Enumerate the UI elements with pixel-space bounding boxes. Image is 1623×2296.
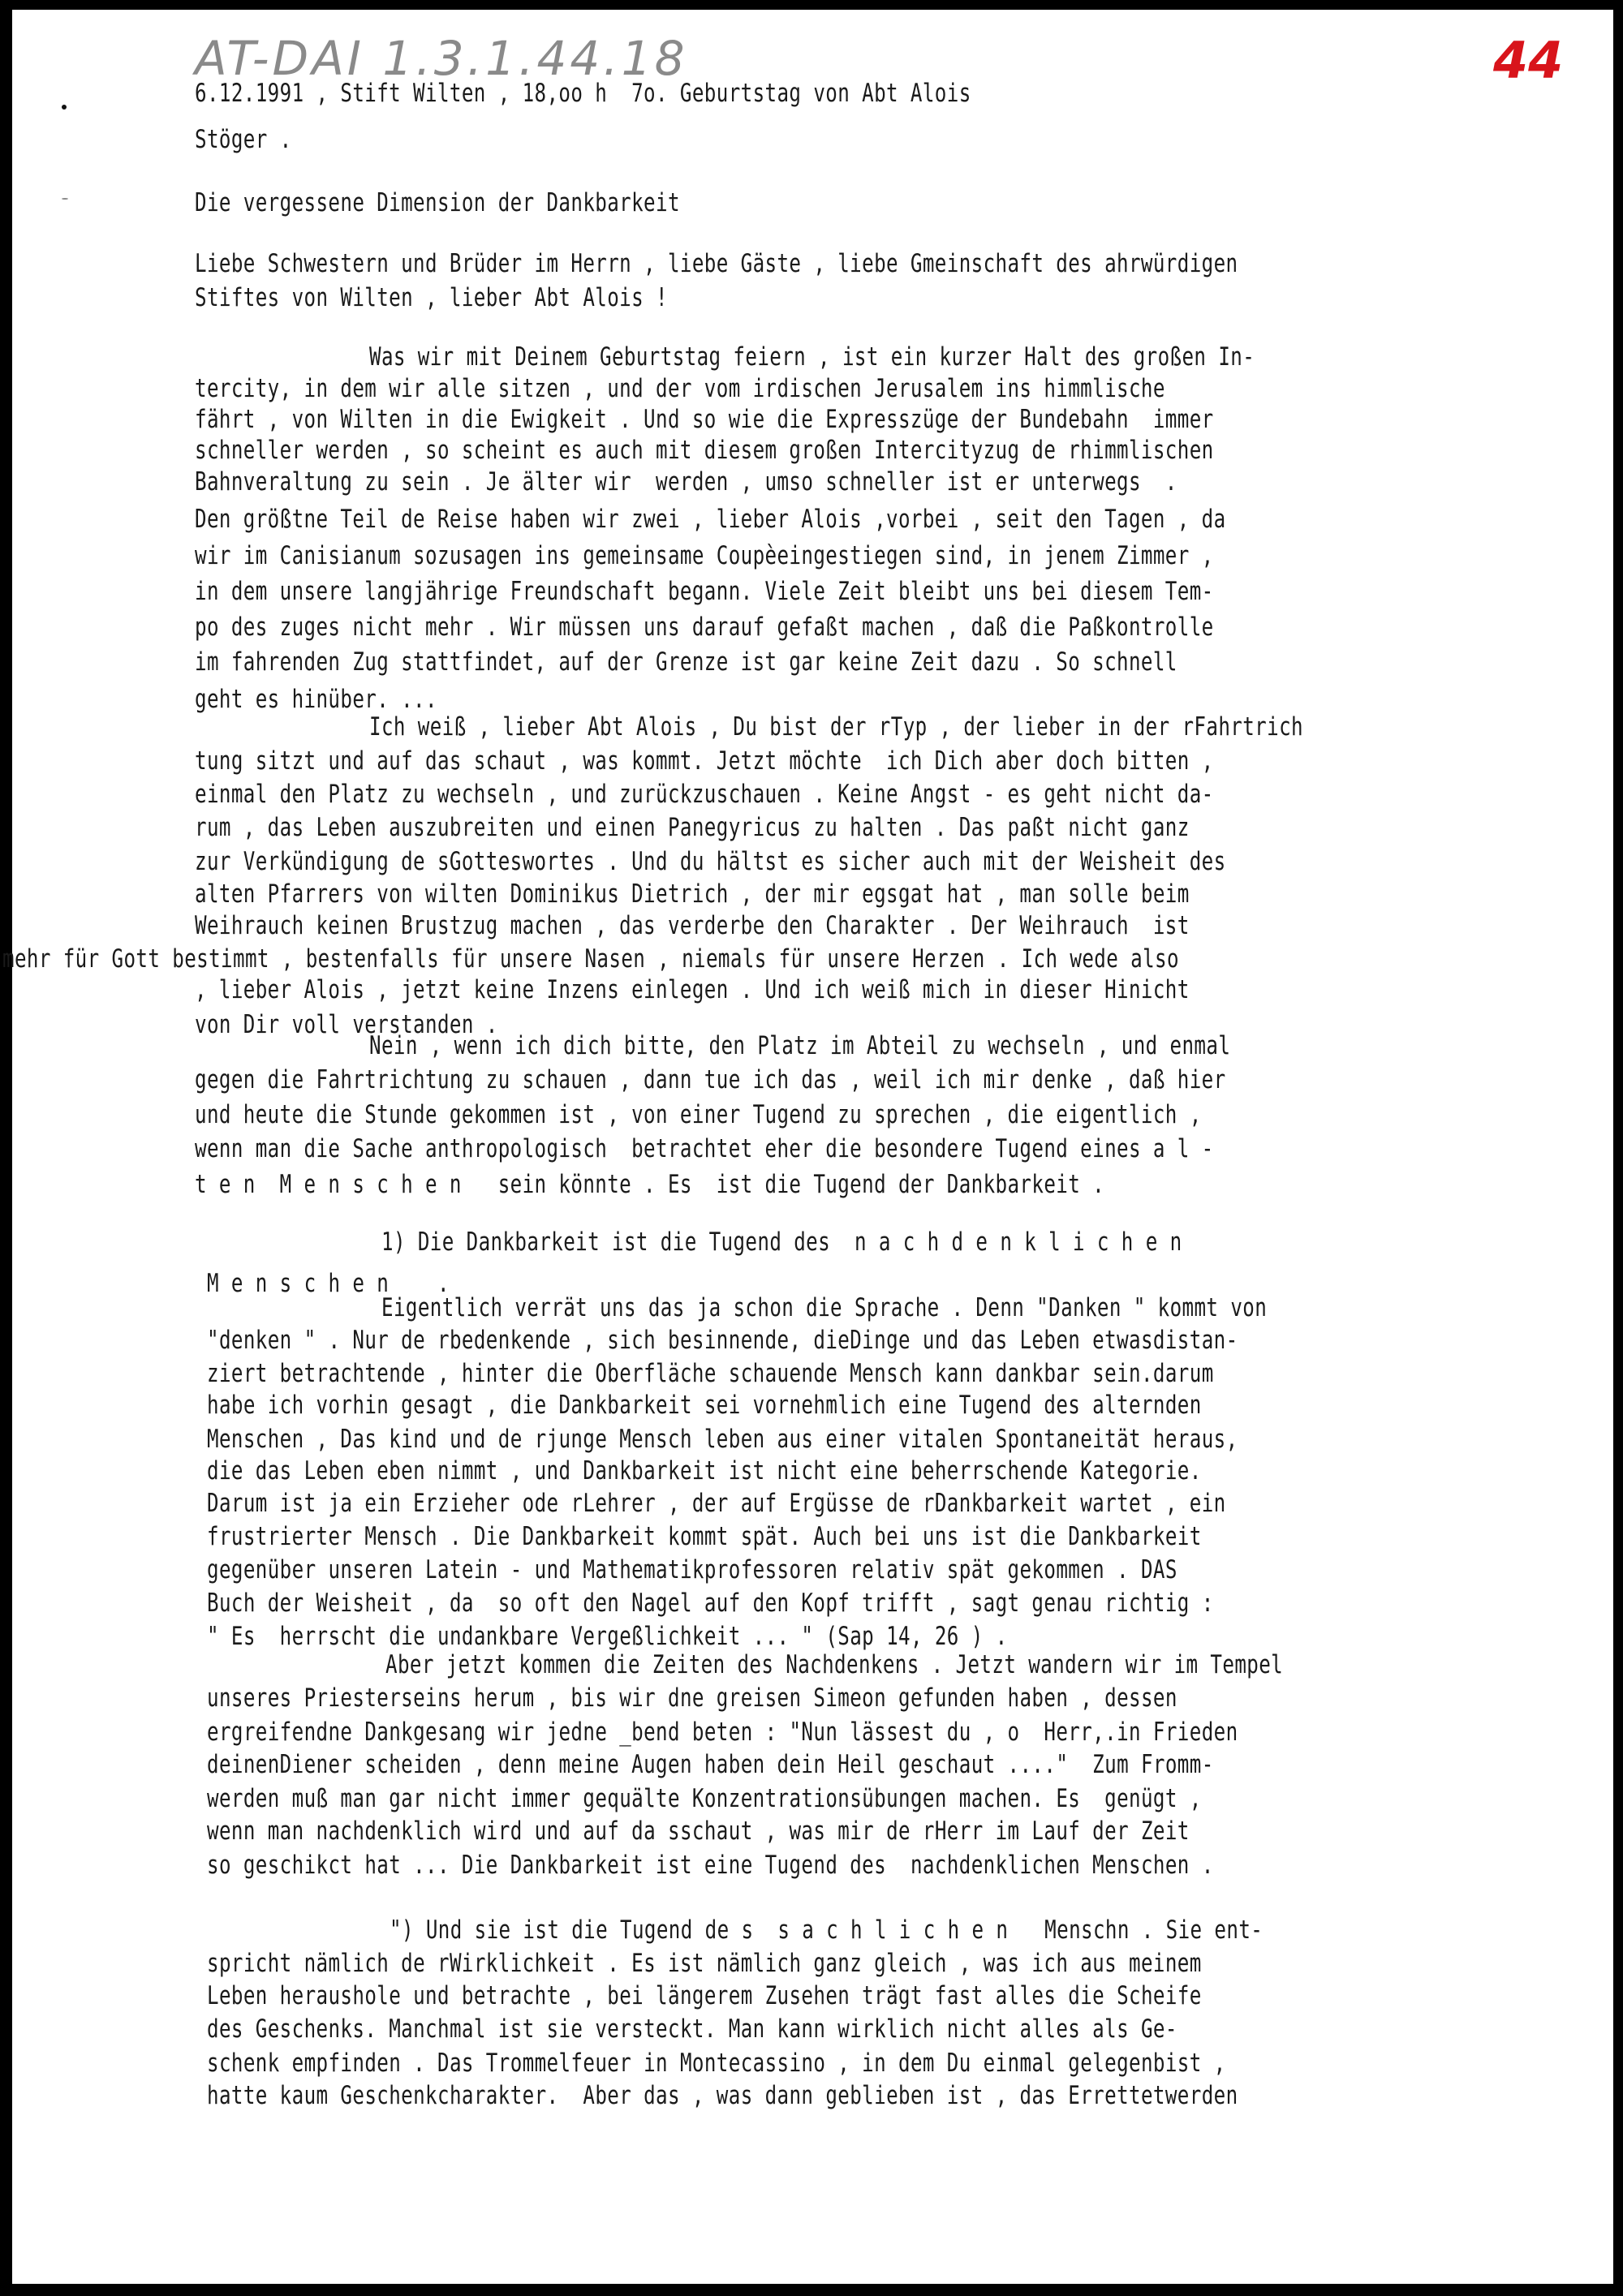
body-line: , lieber Alois , jetzt keine Inzens einl…: [195, 978, 1190, 1003]
body-line: wenn man nachdenklich wird und auf da ss…: [207, 1819, 1190, 1844]
body-line: tung sitzt und auf das schaut , was komm…: [195, 749, 1214, 774]
document-page: AT-DAI 1.3.1.44.18 44 6.12.1991 , Stift …: [12, 10, 1613, 2284]
body-line: Nein , wenn ich dich bitte, den Platz im…: [369, 1034, 1230, 1059]
body-line: wenn man die Sache anthropologisch betra…: [195, 1137, 1214, 1162]
body-line: werden muß man gar nicht immer gequälte …: [207, 1786, 1202, 1812]
body-line: frustrierter Mensch . Die Dankbarkeit ko…: [207, 1524, 1202, 1550]
body-line: schenk empfinden . Das Trommelfeuer in M…: [207, 2051, 1226, 2076]
archive-stamp: AT-DAI 1.3.1.44.18: [195, 31, 687, 86]
body-line: Menschen , Das kind und de rjunge Mensch…: [207, 1427, 1238, 1452]
body-line: schneller werden , so scheint es auch mi…: [195, 438, 1214, 463]
body-line: Den größtne Teil de Reise haben wir zwei…: [195, 507, 1226, 532]
body-line: " Es herrscht die undankbare Vergeßlichk…: [207, 1624, 1008, 1649]
section-heading: 1) Die Dankbarkeit ist die Tugend des n …: [381, 1230, 1182, 1255]
body-line: t e n M e n s c h e n sein könnte . Es i…: [195, 1172, 1104, 1197]
body-line: habe ich vorhin gesagt , die Dankbarkeit…: [207, 1393, 1202, 1418]
body-line: alten Pfarrers von wilten Dominikus Diet…: [195, 882, 1190, 907]
body-line: "denken " . Nur de rbedenkende , sich be…: [207, 1328, 1238, 1353]
body-line: im fahrenden Zug stattfindet, auf der Gr…: [195, 650, 1177, 675]
body-line: Weihrauch keinen Brustzug machen , das v…: [195, 914, 1190, 939]
body-line: Eigentlich verrät uns das ja schon die S…: [381, 1296, 1267, 1321]
body-line: Was wir mit Deinem Geburtstag feiern , i…: [369, 345, 1255, 370]
page-number-mark: 44: [1493, 31, 1563, 90]
body-line: tercity, in dem wir alle sitzen , und de…: [195, 376, 1165, 402]
body-line: und heute die Stunde gekommen ist , von …: [195, 1103, 1202, 1128]
body-line: Aber jetzt kommen die Zeiten des Nachden…: [385, 1653, 1283, 1678]
body-line: hatte kaum Geschenkcharakter. Aber das ,…: [207, 2083, 1238, 2109]
body-line: fährt , von Wilten in die Ewigkeit . Und…: [195, 407, 1214, 432]
header-line-2: Stöger .: [195, 127, 292, 153]
body-line: zur Verkündigung de sGotteswortes . Und …: [195, 849, 1226, 875]
body-line: gegen die Fahrtrichtung zu schauen , dan…: [195, 1068, 1226, 1093]
body-line: Buch der Weisheit , da so oft den Nagel …: [207, 1591, 1214, 1616]
body-line: spricht nämlich de rWirklichkeit . Es is…: [207, 1951, 1202, 1976]
body-line: unseres Priesterseins herum , bis wir dn…: [207, 1686, 1177, 1711]
body-line: gegenüber unseren Latein - und Mathemati…: [207, 1558, 1177, 1583]
body-line: des Geschenks. Manchmal ist sie versteck…: [207, 2017, 1177, 2042]
salutation-line: Stiftes von Wilten , lieber Abt Alois !: [195, 286, 668, 311]
body-line: deinenDiener scheiden , denn meine Augen…: [207, 1752, 1214, 1778]
body-line: geht es hinüber. ...: [195, 687, 437, 712]
body-line: Bahnveraltung zu sein . Je älter wir wer…: [195, 470, 1177, 495]
body-line: die das Leben eben nimmt , und Dankbarke…: [207, 1459, 1202, 1484]
body-line: mehr für Gott bestimmt , bestenfalls für…: [2, 947, 1179, 972]
document-title: Die vergessene Dimension der Dankbarkeit: [195, 191, 680, 216]
body-line: po des zuges nicht mehr . Wir müssen uns…: [195, 615, 1214, 640]
body-line: wir im Canisianum sozusagen ins gemeinsa…: [195, 544, 1214, 569]
body-line: Darum ist ja ein Erzieher ode rLehrer , …: [207, 1491, 1226, 1516]
body-line: rum , das Leben auszubreiten und einen P…: [195, 815, 1190, 841]
margin-dash: [62, 198, 68, 200]
body-line: einmal den Platz zu wechseln , und zurüc…: [195, 782, 1214, 807]
salutation-line: Liebe Schwestern und Brüder im Herrn , l…: [195, 252, 1238, 277]
body-line: in dem unsere langjährige Freundschaft b…: [195, 579, 1214, 604]
body-line: so geschikct hat ... Die Dankbarkeit ist…: [207, 1853, 1214, 1878]
margin-dot: [62, 105, 67, 110]
body-line: ergreifendne Dankgesang wir jedne _bend …: [207, 1720, 1238, 1745]
section-heading: ") Und sie ist die Tugend de s s a c h l…: [390, 1918, 1263, 1943]
body-line: Ich weiß , lieber Abt Alois , Du bist de…: [369, 715, 1303, 740]
body-line: Leben heraushole und betrachte , bei län…: [207, 1984, 1202, 2009]
header-line-1: 6.12.1991 , Stift Wilten , 18,oo h 7o. G…: [195, 81, 971, 106]
body-line: ziert betrachtende , hinter die Oberfläc…: [207, 1361, 1214, 1387]
